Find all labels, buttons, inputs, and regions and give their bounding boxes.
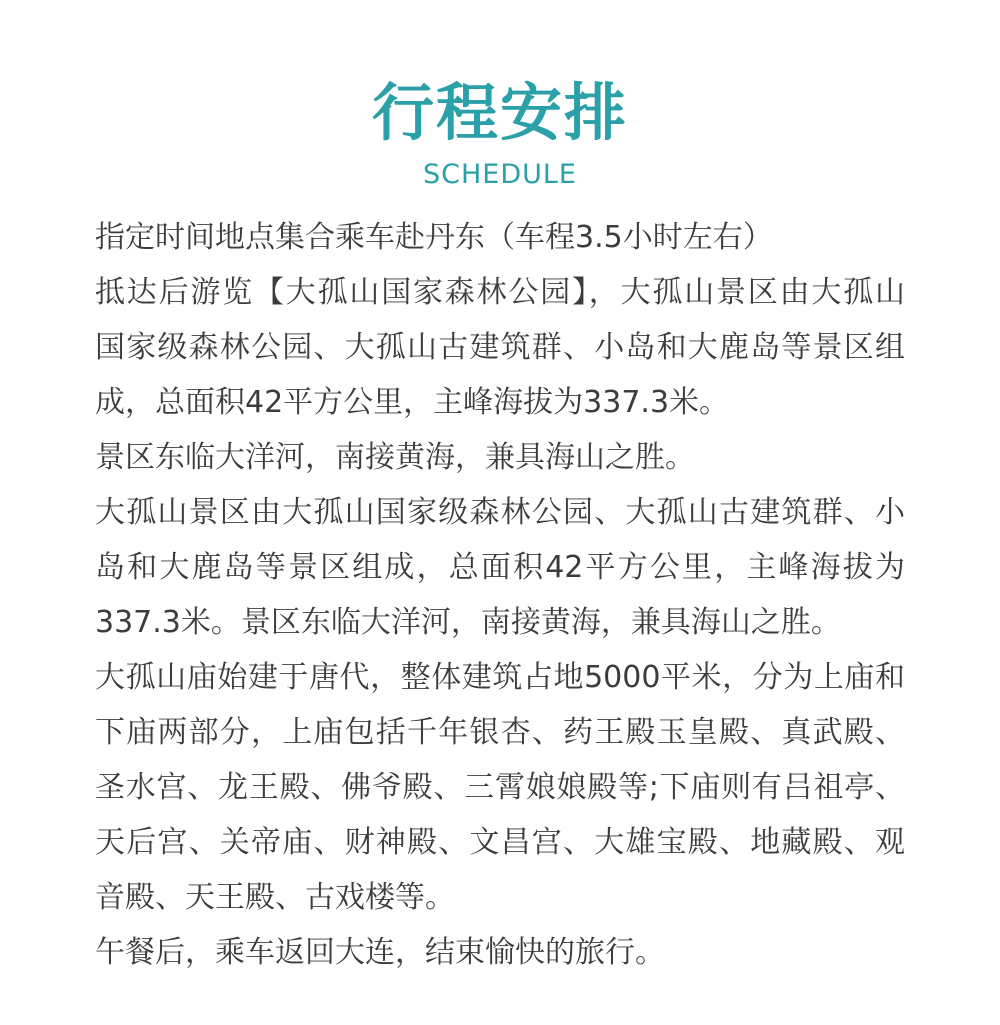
body-line: 大孤山景区由大孤山国家级森林公园、大孤山古建筑群、小 <box>95 485 905 540</box>
body-line: 国家级森林公园、大孤山古建筑群、小岛和大鹿岛等景区组 <box>95 320 905 375</box>
page-header: 行程安排 SCHEDULE <box>0 0 1000 188</box>
body-line: 抵达后游览【大孤山国家森林公园】，大孤山景区由大孤山 <box>95 265 905 320</box>
itinerary-body: 指定时间地点集合乘车赴丹东（车程3.5小时左右） 抵达后游览【大孤山国家森林公园… <box>0 210 1000 980</box>
body-line: 圣水宫、龙王殿、佛爷殿、三霄娘娘殿等;下庙则有吕祖亭、 <box>95 760 905 815</box>
body-line: 午餐后，乘车返回大连，结束愉快的旅行。 <box>95 925 905 980</box>
body-line: 成，总面积42平方公里，主峰海拔为337.3米。 <box>95 375 905 430</box>
body-line: 337.3米。景区东临大洋河，南接黄海，兼具海山之胜。 <box>95 595 905 650</box>
body-line: 天后宫、关帝庙、财神殿、文昌宫、大雄宝殿、地藏殿、观 <box>95 815 905 870</box>
body-line: 下庙两部分，上庙包括千年银杏、药王殿玉皇殿、真武殿、 <box>95 705 905 760</box>
page-title: 行程安排 <box>0 80 1000 145</box>
page-subtitle: SCHEDULE <box>0 161 1000 188</box>
body-line: 景区东临大洋河，南接黄海，兼具海山之胜。 <box>95 430 905 485</box>
body-line: 大孤山庙始建于唐代，整体建筑占地5000平米，分为上庙和 <box>95 650 905 705</box>
body-line: 岛和大鹿岛等景区组成，总面积42平方公里，主峰海拔为 <box>95 540 905 595</box>
body-line: 指定时间地点集合乘车赴丹东（车程3.5小时左右） <box>95 210 905 265</box>
body-line: 音殿、天王殿、古戏楼等。 <box>95 870 905 925</box>
schedule-page: 行程安排 SCHEDULE 指定时间地点集合乘车赴丹东（车程3.5小时左右） 抵… <box>0 0 1000 1025</box>
